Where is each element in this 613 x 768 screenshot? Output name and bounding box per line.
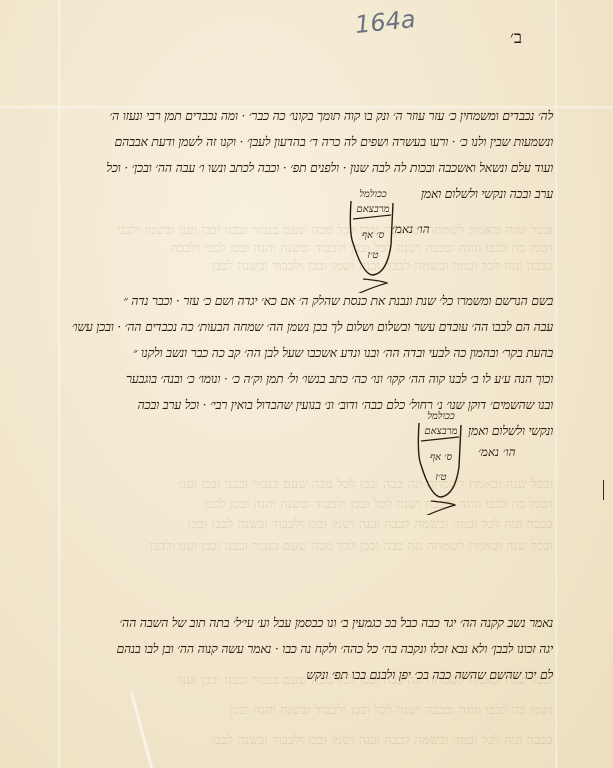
text-line: יגה זכונו לבבן׳ ולא נבא זכלו ונקבה בה׳ כ… xyxy=(116,636,553,662)
text-line: לם יכו שהשם שהשה כבה בכ׳ יפן ולבנם בבו ת… xyxy=(116,662,553,688)
svg-text:ט׳ז: ט׳ז xyxy=(367,250,378,261)
text-line: ערב ובכה ונקשי ולשלום ואמן xyxy=(106,181,553,207)
margin-mark xyxy=(603,480,606,500)
bleed-through-text: בכבה ונוה לכל ובמה ובשמה לבבה ובנה ושמו … xyxy=(60,516,553,530)
bleed-through-text: ובכל שנה ובאמת לשמחה ונה בבה ובכן לכל מב… xyxy=(60,538,553,552)
text-line: לה׳ נכבדים ומשמחין כ׳ עזר עוזר ה׳ ונק בו… xyxy=(106,103,553,129)
letter-block-2: בשם הנרשם ומשמרו כל׳ שנת ונבנת את כנסת ש… xyxy=(72,288,553,444)
bleed-through-text: ובכל שנה ובאמת לשמחה ונה בבה ובכן לכל מב… xyxy=(60,476,553,490)
text-line: ובנו שהשמים׳ דוקן שנו׳ נ׳ רחול׳ כלם כבה׳… xyxy=(72,392,553,418)
letter-block-3: נאמר נשב קקנה הה׳ יגד כבה כבל בכ כגמעין … xyxy=(116,610,553,688)
seal-flourish-icon: ככולמל מרבצאם ס׳ אף ט׳ז xyxy=(411,405,469,515)
bleed-through-text: ושמו בה לבבו ונוגה ובכבה ושנה לכל ובכן ו… xyxy=(60,240,553,254)
text-line: ונקשי ולשלום ואמן xyxy=(72,418,553,444)
svg-text:ככולמל: ככולמל xyxy=(359,188,387,200)
signature-seal: ככולמל מרבצאם ס׳ אף ט׳ז xyxy=(343,183,401,293)
page-mark: ב׳ xyxy=(510,28,522,48)
text-line: ונשמעות שבין ולנו כ׳ · ורעו בעשרה ושפים … xyxy=(106,129,553,155)
text-line: נאמר נשב קקנה הה׳ יגד כבה כבל בכ כגמעין … xyxy=(116,610,553,636)
text-line: בשם הנרשם ומשמרו כל׳ שנת ונבנת את כנסת ש… xyxy=(72,288,553,314)
svg-text:מרבצאם: מרבצאם xyxy=(356,204,389,215)
bleed-through-text: ובכל שנה ובאמת לשמחה ונה בבה ובכן לכל מב… xyxy=(60,222,553,236)
seal-flourish-icon: ככולמל מרבצאם ס׳ אף ט׳ז xyxy=(343,183,401,293)
text-line: עבה הם לבבו הה׳ עובדם עשר ובשלום ושלום ל… xyxy=(72,314,553,340)
svg-text:ט׳ז: ט׳ז xyxy=(435,472,446,483)
letter-block-1: לה׳ נכבדים ומשמחין כ׳ עזר עוזר ה׳ ונק בו… xyxy=(106,103,553,207)
text-line: וכוך הנה ע׳ע לו ב׳ לבנו קוה הה׳ קקו׳ ונו… xyxy=(72,366,553,392)
svg-text:ס׳ אף: ס׳ אף xyxy=(430,452,453,463)
bleed-through-text: ושמו בה לבבו ונוגה ובכבה ושנה לכל ובכן ו… xyxy=(60,496,553,510)
bleed-through-text: בכבה ונוה לכל ובמה ובשמה לבבה ובנה ושמו … xyxy=(60,258,553,272)
svg-text:מרבצאם: מרבצאם xyxy=(424,426,457,437)
bleed-through-text: בכבה ונוה לכל ובמה ובשמה לבבה ובנה ושמו … xyxy=(60,732,553,746)
svg-text:ס׳ אף: ס׳ אף xyxy=(362,230,385,241)
document-page: ובכל שנה ובאמת לשמחה ונה בבה ובכן לכל מב… xyxy=(0,0,613,768)
text-line: בהעת בקר׳ ובהמון כה לבעי ובדה הה׳ ובנו ו… xyxy=(72,340,553,366)
signature-closing: הו׳ נאמ׳ xyxy=(478,445,516,460)
folio-number: 164a xyxy=(354,5,417,39)
text-line: ועוד עלם ונשאל ואשכבה ובכות לה לבה שנון … xyxy=(106,155,553,181)
svg-text:ככולמל: ככולמל xyxy=(427,410,455,422)
signature-seal: ככולמל מרבצאם ס׳ אף ט׳ז xyxy=(411,405,469,515)
